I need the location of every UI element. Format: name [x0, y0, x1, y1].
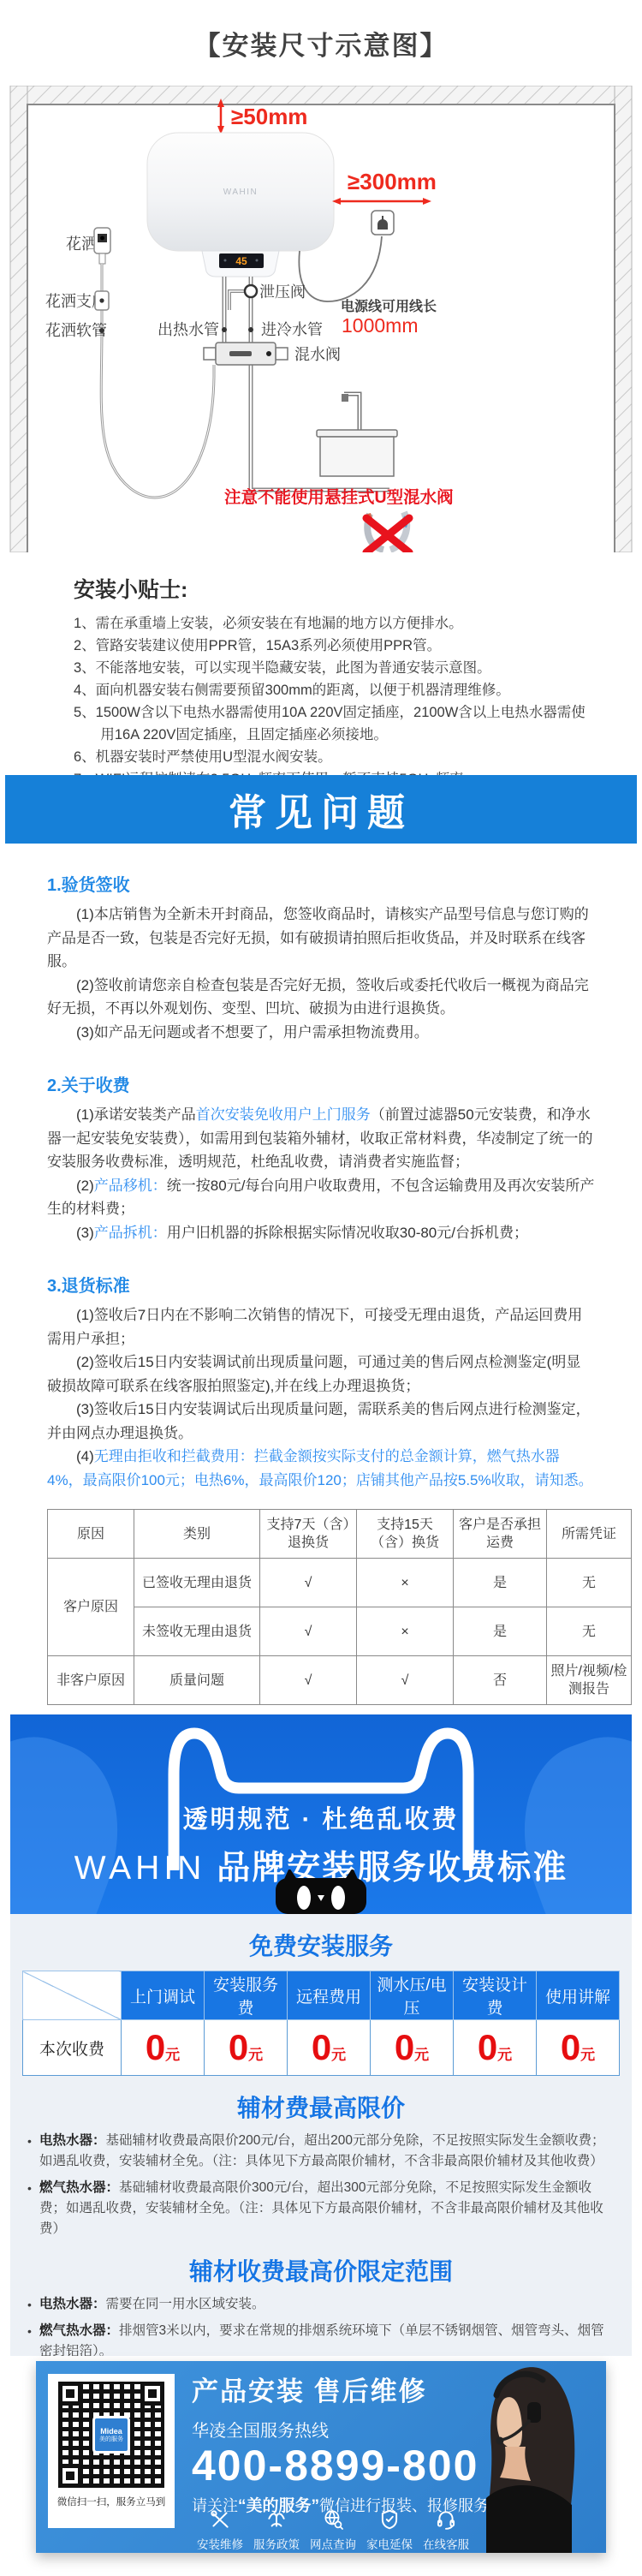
tip-item: 4、面向机器安装右侧需要预留300mm的距离，以便于机器清理维修。 — [74, 679, 595, 701]
cord-length-caption: 电源线可用线长 — [341, 298, 437, 314]
qr-code: Midea 美的服务 — [58, 2382, 164, 2488]
text-run: (1)承诺安装类产品 — [76, 1106, 196, 1123]
material-scope-title: 辅材收费最高价限定范围 — [22, 2253, 620, 2287]
highlight-text: 产品拆机： — [94, 1225, 167, 1241]
table-header-cell: 远程费用 — [288, 1971, 371, 2020]
list-item: 燃气热水器：基础辅材收费最高限价300元/台，超出300元部分免除，不足按照实际… — [27, 2178, 615, 2239]
faq-paragraph: (2)产品移机：统一按80元/每台向用户收取费用，不包含运输费用及再次安装所产生… — [47, 1174, 595, 1221]
text-run: 用户旧机器的拆除根据实际情况收取30-80元/台拆机费； — [167, 1225, 528, 1241]
qr-caption: 微信扫一扫，服务立马到 — [57, 2495, 166, 2508]
service-item-label: 安装维修 — [197, 2535, 243, 2552]
faq-paragraph: (3)如产品无问题或者不想要了，用户需承担物流费用。 — [47, 1021, 595, 1045]
tips-title: 安装小贴士: — [74, 573, 595, 604]
faq-banner-title: 常见问题 — [229, 782, 413, 837]
list-item: 电热水器：需要在同一用水区域安装。 — [27, 2294, 615, 2315]
fee-row-label: 本次收费 — [23, 2020, 122, 2076]
item-text: 需要在同一用水区域安装。 — [106, 2297, 265, 2311]
faq-paragraph: (2)签收前请您亲自检查包装是否完好无损，签收后或委托代收后一概视为商品完好无损… — [47, 974, 595, 1021]
hose-label: 花洒软管 — [45, 322, 107, 339]
table-cell: 无 — [547, 1607, 632, 1656]
mixing-valve: 混水阀 — [204, 343, 341, 365]
fee-banner-slogan: 透明规范 · 杜绝乱收费 — [10, 1800, 632, 1835]
installation-diagram-svg: ≥50mm WAHIN 45 ≥300mm — [0, 86, 642, 552]
table-cell: × — [357, 1607, 454, 1656]
service-hotline-card: Midea 美的服务 微信扫一扫，服务立马到 产品安装 售后维修 华凌全国服务热… — [36, 2361, 606, 2553]
customer-service-agent-photo — [452, 2361, 606, 2553]
list-item: 燃气热水器：排烟管3米以内，要求在常规的排烟系统环境下（单层不锈钢烟管、烟管弯头… — [27, 2321, 615, 2356]
outlet-search-icon — [322, 2508, 344, 2531]
item-lead: 电热水器： — [39, 2297, 106, 2311]
qr-finder-icon — [140, 2382, 164, 2406]
service-item-label: 服务政策 — [253, 2535, 300, 2552]
table-row: 未签收无理由退货 √ × 是 无 — [48, 1607, 632, 1656]
service-item-policy: 服务政策 — [248, 2508, 305, 2552]
fee-price-cell: 0元 — [537, 2020, 620, 2076]
price-number: 0 — [312, 2027, 331, 2067]
installation-diagram: ≥50mm WAHIN 45 ≥300mm — [0, 86, 642, 552]
tip-item: 6、机器安装时严禁使用U型混水阀安装。 — [74, 746, 595, 768]
tip-item: 3、不能落地安装，可以实现半隐藏安装，此图为普通安装示意图。 — [74, 657, 595, 679]
tip-item: 5、1500W含以下电热水器需使用10A 220V固定插座，2100W含以上电热… — [74, 701, 595, 746]
table-cell: 是 — [454, 1559, 547, 1607]
material-limit-title: 辅材费最高限价 — [22, 2090, 620, 2124]
table-cell: √ — [260, 1656, 357, 1705]
item-text: 排烟管3米以内，要求在常规的排烟系统环境下（单层不锈钢烟管、烟管弯头、烟管密封铝… — [39, 2323, 604, 2356]
wechat-qr-box: Midea 美的服务 微信扫一扫，服务立马到 — [48, 2374, 175, 2528]
text-run: (4) — [76, 1448, 94, 1464]
power-outlet — [372, 211, 394, 235]
table-header-cell: 支持15天（含）换货 — [357, 1510, 454, 1559]
fee-standard-banner: 透明规范 · 杜绝乱收费 WAHIN 品牌安装服务收费标准 — [10, 1714, 632, 1914]
price-unit: 元 — [580, 2047, 595, 2063]
table-header-cell: 所需凭证 — [547, 1510, 632, 1559]
relief-valve-label: 泄压阀 — [259, 283, 306, 301]
shower-label: 花洒 — [66, 236, 97, 253]
table-cell: 已签收无理由退货 — [134, 1559, 260, 1607]
cold-pipe-label: 进冷水管 — [261, 321, 323, 338]
price-number: 0 — [146, 2027, 165, 2067]
faq-section-title-2: 2.关于收费 — [47, 1071, 595, 1096]
brand-wordmark: WAHIN — [74, 1850, 206, 1887]
table-header-cell: 安装服务费 — [205, 1971, 288, 2020]
price-unit: 元 — [248, 2047, 263, 2063]
table-cell: √ — [357, 1656, 454, 1705]
service-item-label: 网点查询 — [310, 2535, 356, 2552]
service-item-warranty: 家电延保 — [361, 2508, 418, 2552]
table-cell: × — [357, 1559, 454, 1607]
faq-section-title-3: 3.退货标准 — [47, 1272, 595, 1297]
table-cell: 未签收无理由退货 — [134, 1607, 260, 1656]
fee-price-cell: 0元 — [288, 2020, 371, 2076]
qr-finder-icon — [58, 2464, 82, 2488]
faq-paragraph: (1)签收后7日内在不影响二次销售的情况下，可接受无理由退货，产品运回费用需用户… — [47, 1303, 595, 1351]
midea-logo: Midea 美的服务 — [92, 2416, 130, 2454]
return-policy-table: 原因 类别 支持7天（含）退换货 支持15天（含）换货 客户是否承担运费 所需凭… — [47, 1509, 632, 1705]
mixing-valve-label: 混水阀 — [294, 346, 341, 363]
midea-logo-subtext: 美的服务 — [99, 2436, 123, 2443]
table-header-cell: 上门调试 — [122, 1971, 205, 2020]
text-run: (3) — [76, 1225, 94, 1241]
price-unit: 元 — [165, 2047, 180, 2063]
u-valve-warning-text: 注意不能使用悬挂式U型混水阀 — [224, 487, 454, 507]
hot-pipe-label: 出热水管 — [158, 321, 219, 338]
after-sales-section: Midea 美的服务 微信扫一扫，服务立马到 产品安装 售后维修 华凌全国服务热… — [0, 2356, 642, 2576]
faq-paragraph: (3)签收后15日内安装调试后出现质量问题，需联系美的售后网点进行检测鉴定，并由… — [47, 1398, 595, 1445]
tip-item: 1、需在承重墙上安装，必须安装在有地漏的地方以方便排水。 — [74, 612, 595, 635]
table-header-cell: 使用讲解 — [537, 1971, 620, 2020]
highlight-text: 首次安装免收用户上门服务 — [196, 1106, 371, 1123]
dim-right-label: ≥300mm — [348, 169, 437, 194]
fee-price-cell: 0元 — [205, 2020, 288, 2076]
fee-price-cell: 0元 — [371, 2020, 454, 2076]
price-unit: 元 — [414, 2047, 429, 2063]
service-item-label: 家电延保 — [366, 2535, 413, 2552]
text-run: (2) — [76, 1178, 94, 1194]
price-number: 0 — [229, 2027, 248, 2067]
list-item: 电热水器：基础辅材收费最高限价200元/台，超出200元部分免除，不足按照实际发… — [27, 2131, 615, 2172]
service-item-outlets: 网点查询 — [305, 2508, 361, 2552]
price-number: 0 — [395, 2027, 414, 2067]
table-header-cell: 测水压/电压 — [371, 1971, 454, 2020]
tmall-cat-face-icon — [274, 1869, 368, 1914]
dim-top-label: ≥50mm — [231, 104, 307, 129]
table-cell: 客户原因 — [48, 1559, 134, 1656]
item-lead: 燃气热水器： — [39, 2323, 119, 2338]
table-cell: 质量问题 — [134, 1656, 260, 1705]
item-text: 基础辅材收费最高限价200元/台，超出200元部分免除，不足按照实际发生金额收费… — [39, 2133, 605, 2168]
tip-item: 7、WIFI远程控制请在2.5GHz频率下使用，暂不支持5GHz频率。 — [74, 768, 595, 775]
service-item-install-repair: 安装维修 — [192, 2508, 248, 2552]
page-title: 【安装尺寸示意图】 — [194, 24, 449, 63]
service-icon-row: 安装维修 服务政策 网点查询 — [192, 2508, 474, 2552]
price-unit: 元 — [497, 2047, 512, 2063]
table-header-cell: 原因 — [48, 1510, 134, 1559]
table-row: 本次收费 0元 0元 0元 0元 0元 0元 — [23, 2020, 620, 2076]
tip-item: 2、管路安装建议使用PPR管，15A3系列必须使用PPR管。 — [74, 635, 595, 657]
midea-logo-text: Midea — [100, 2427, 122, 2436]
free-install-title: 免费安装服务 — [22, 1928, 620, 1962]
table-row: 非客户原因 质量问题 √ √ 否 照片/视频/检测报告 — [48, 1656, 632, 1705]
material-scope-list: 电热水器：需要在同一用水区域安装。 燃气热水器：排烟管3米以内，要求在常规的排烟… — [27, 2294, 615, 2356]
table-header-row: 上门调试 安装服务费 远程费用 测水压/电压 安装设计费 使用讲解 — [23, 1971, 620, 2020]
table-cell: 否 — [454, 1656, 547, 1705]
item-lead: 电热水器： — [39, 2133, 106, 2148]
fee-price-cell: 0元 — [454, 2020, 537, 2076]
table-header-cell: 类别 — [134, 1510, 260, 1559]
cord-length-value: 1000mm — [342, 314, 418, 337]
install-repair-icon — [209, 2508, 231, 2531]
material-limit-list: 电热水器：基础辅材收费最高限价200元/台，超出200元部分免除，不足按照实际发… — [27, 2131, 615, 2239]
fee-price-cell: 0元 — [122, 2020, 205, 2076]
table-header-row: 原因 类别 支持7天（含）退换货 支持15天（含）换货 客户是否承担运费 所需凭… — [48, 1510, 632, 1559]
faq-banner: 常见问题 — [5, 775, 637, 844]
table-cell: 无 — [547, 1559, 632, 1607]
price-number: 0 — [478, 2027, 497, 2067]
faq-paragraph: (3)产品拆机：用户旧机器的拆除根据实际情况收取30-80元/台拆机费； — [47, 1221, 595, 1245]
table-cell: 非客户原因 — [48, 1656, 134, 1705]
warranty-icon — [378, 2508, 401, 2531]
product-detail-long-image: 【安装尺寸示意图】 — [0, 0, 642, 2576]
item-lead: 燃气热水器： — [39, 2180, 119, 2195]
faq-section-title-1: 1.验货签收 — [47, 871, 595, 896]
faq-paragraph: (4)无理由拒收和拦截费用：拦截金额按实际支付的总金额计算，燃气热水器4%，最高… — [47, 1445, 595, 1492]
shower-hose-label-group: 花洒软管 — [45, 322, 107, 339]
table-cell: 照片/视频/检测报告 — [547, 1656, 632, 1705]
item-text: 基础辅材收费最高限价300元/台，超出300元部分免除，不足按照实际发生金额收费… — [39, 2180, 603, 2236]
hot-pipe-label-group: 出热水管 — [158, 321, 227, 338]
faq-body: 1.验货签收 (1)本店销售为全新未开封商品，您签收商品时，请核实产品型号信息与… — [0, 844, 642, 1714]
faq-paragraph: (1)本店销售为全新未开封商品，您签收商品时，请核实产品型号信息与您订购的产品是… — [47, 903, 595, 974]
top-clearance-dimension: ≥50mm — [217, 98, 307, 134]
highlight-text: 无理由拒收和拦截费用：拦截金额按实际支付的总金额计算，燃气热水器4%，最高限价1… — [47, 1448, 593, 1488]
fee-detail-section: 免费安装服务 上门调试 安装服务费 远程费用 测水压/电压 安装设计费 使用讲解… — [10, 1914, 632, 2356]
table-header-cell: 支持7天（含）退换货 — [260, 1510, 357, 1559]
highlight-text: 产品移机： — [94, 1178, 167, 1194]
service-policy-icon — [265, 2508, 288, 2531]
fee-banner-title-text: 品牌安装服务收费标准 — [217, 1850, 568, 1887]
free-install-table: 上门调试 安装服务费 远程费用 测水压/电压 安装设计费 使用讲解 本次收费 0… — [22, 1971, 620, 2076]
installation-tips: 安装小贴士: 1、需在承重墙上安装，必须安装在有地漏的地方以方便排水。 2、管路… — [0, 552, 642, 775]
table-header-cell: 客户是否承担运费 — [454, 1510, 547, 1559]
heater-brand-logo: WAHIN — [223, 188, 258, 197]
table-row: 客户原因 已签收无理由退货 √ × 是 无 — [48, 1559, 632, 1607]
qr-finder-icon — [58, 2382, 82, 2406]
table-header-cell: 安装设计费 — [454, 1971, 537, 2020]
price-unit: 元 — [331, 2047, 346, 2063]
price-number: 0 — [561, 2027, 580, 2067]
diagonal-header-cell — [23, 1971, 122, 2020]
install-diagram-title-section: 【安装尺寸示意图】 — [0, 0, 642, 86]
shower-bracket: 花洒支座 — [45, 291, 109, 310]
table-cell: √ — [260, 1607, 357, 1656]
heater-display-value: 45 — [235, 255, 247, 267]
faq-paragraph: (2)签收后15日内安装调试前出现质量问题，可通过美的售后网点检测鉴定(明显破损… — [47, 1351, 595, 1398]
table-cell: √ — [260, 1559, 357, 1607]
faq-paragraph: (1)承诺安装类产品首次安装免收用户上门服务（前置过滤器50元安装费，和净水器一… — [47, 1103, 595, 1174]
table-cell: 是 — [454, 1607, 547, 1656]
